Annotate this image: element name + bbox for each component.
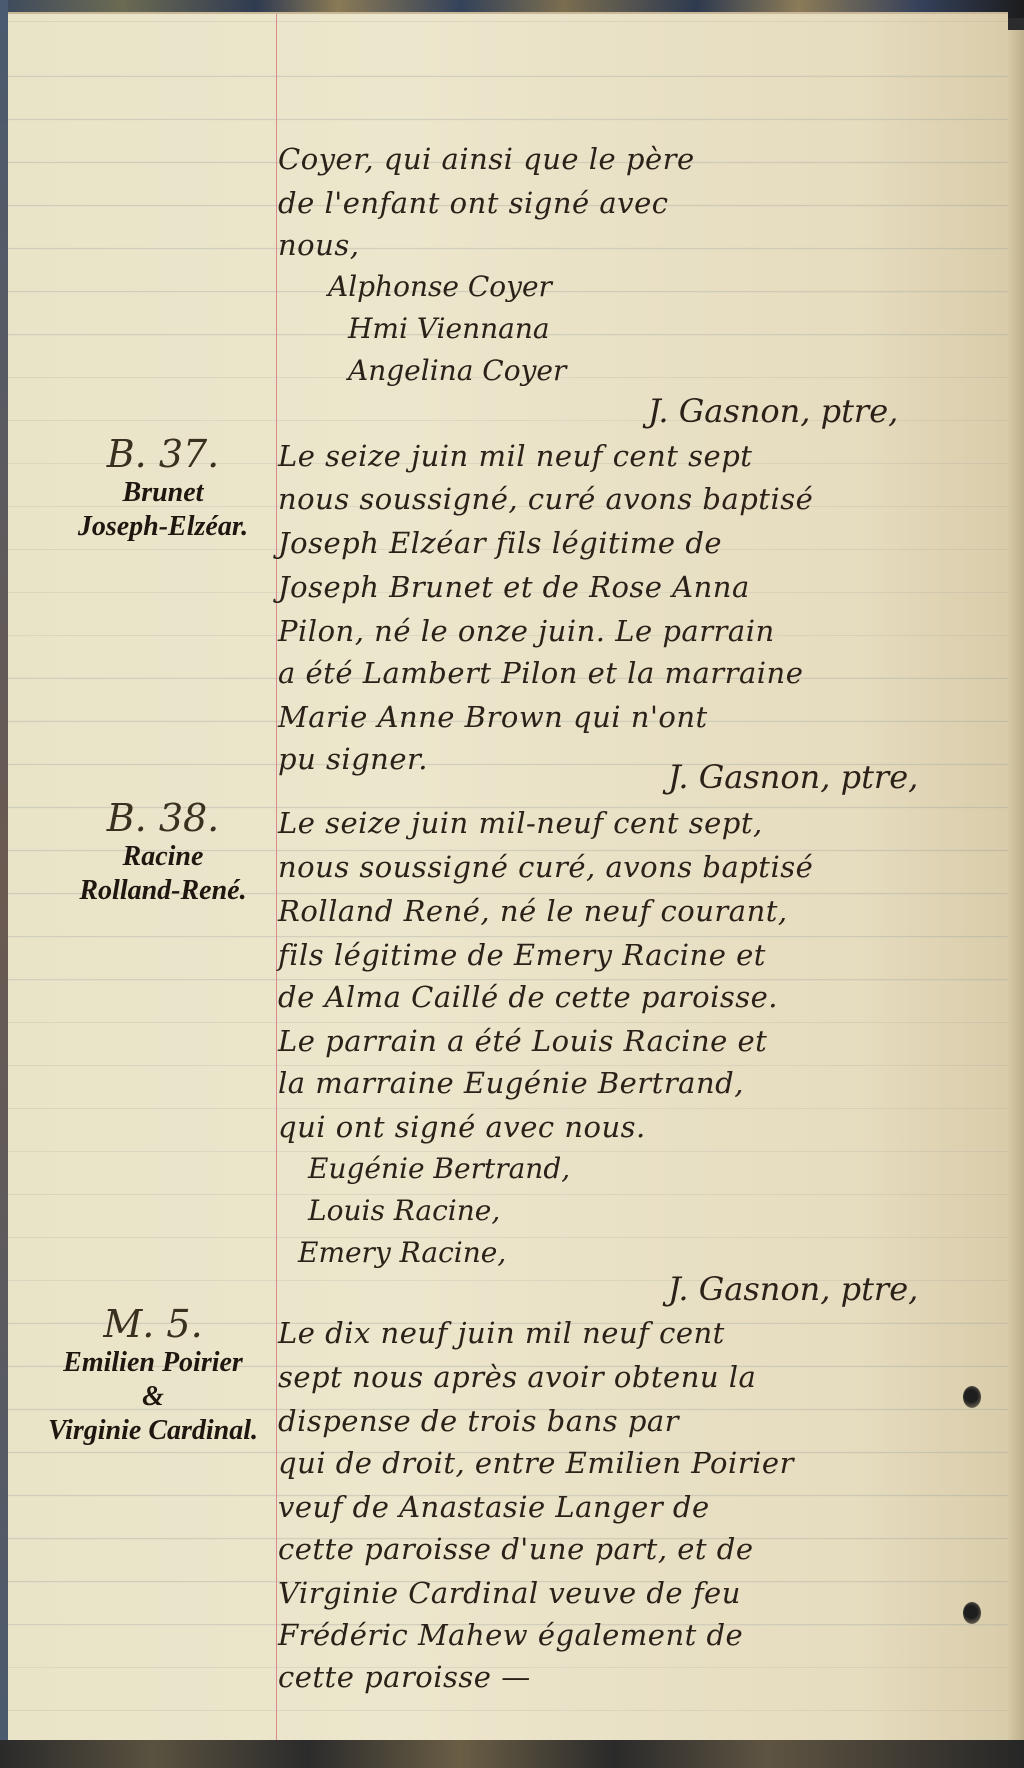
priest-signature: J. Gasnon, ptre, — [648, 392, 898, 430]
entry-given-name: Rolland-René. — [48, 874, 278, 908]
entry-line: veuf de Anastasie Langer de — [278, 1490, 710, 1524]
entry-margin-b38: B. 38. Racine Rolland-René. — [48, 796, 278, 908]
entry-line: qui de droit, entre Emilien Poirier — [278, 1446, 794, 1480]
entry-line: qui ont signé avec nous. — [278, 1110, 646, 1144]
entry-line: la marraine Eugénie Bertrand, — [278, 1066, 744, 1100]
continuation-line: Coyer, qui ainsi que le père — [278, 142, 695, 176]
groom-name: Emilien Poirier — [28, 1346, 278, 1380]
book-cover-left-edge — [0, 0, 8, 1768]
page-stack-edge — [1008, 30, 1024, 1740]
entry-line: Rolland René, né le neuf courant, — [278, 894, 788, 928]
entry-line: pu signer. — [278, 742, 428, 776]
entry-number: B. 38. — [48, 796, 278, 840]
entry-line: Pilon, né le onze juin. Le parrain — [278, 614, 775, 648]
entry-line: nous soussigné, curé avons baptisé — [278, 482, 813, 516]
entry-surname: Racine — [48, 840, 278, 874]
entry-line: fils légitime de Emery Racine et — [278, 938, 766, 972]
entry-line: cette paroisse d'une part, et de — [278, 1532, 754, 1566]
entry-line: Joseph Brunet et de Rose Anna — [278, 570, 750, 604]
continuation-line: nous, — [278, 228, 359, 262]
signature: Angelina Coyer — [348, 354, 566, 387]
entry-line: Frédéric Mahew également de — [278, 1618, 743, 1652]
entry-line: nous soussigné curé, avons baptisé — [278, 850, 813, 884]
entry-line: a été Lambert Pilon et la marraine — [278, 656, 803, 690]
entry-line: Joseph Elzéar fils légitime de — [278, 526, 722, 560]
signature: Alphonse Coyer — [328, 270, 552, 303]
register-page: Coyer, qui ainsi que le père de l'enfant… — [8, 12, 1008, 1746]
entry-line: sept nous après avoir obtenu la — [278, 1360, 756, 1394]
entry-line: Le dix neuf juin mil neuf cent — [278, 1316, 725, 1350]
entry-line: de Alma Caillé de cette paroisse. — [278, 980, 778, 1014]
entry-line: cette paroisse — — [278, 1660, 531, 1694]
ampersand: & — [28, 1380, 278, 1414]
entry-line: Le seize juin mil neuf cent sept — [278, 439, 752, 473]
entry-line: Le seize juin mil-neuf cent sept, — [278, 806, 763, 840]
priest-signature: J. Gasnon, ptre, — [668, 758, 918, 796]
entry-given-name: Joseph-Elzéar. — [48, 510, 278, 544]
punch-hole — [963, 1602, 981, 1624]
entry-margin-m5: M. 5. Emilien Poirier & Virginie Cardina… — [28, 1302, 278, 1448]
bride-name: Virginie Cardinal. — [28, 1414, 278, 1448]
punch-hole — [963, 1386, 981, 1408]
book-cover-bottom-edge — [0, 1740, 1024, 1768]
entry-margin-b37: B. 37. Brunet Joseph-Elzéar. — [48, 432, 278, 544]
priest-signature: J. Gasnon, ptre, — [668, 1270, 918, 1308]
signature: Louis Racine, — [308, 1194, 500, 1227]
continuation-line: de l'enfant ont signé avec — [278, 186, 668, 220]
entry-line: Virginie Cardinal veuve de feu — [278, 1576, 741, 1610]
entry-number: M. 5. — [28, 1302, 278, 1346]
entry-line: dispense de trois bans par — [278, 1404, 679, 1438]
entry-surname: Brunet — [48, 476, 278, 510]
entry-number: B. 37. — [48, 432, 278, 476]
signature: Emery Racine, — [298, 1236, 506, 1269]
entry-line: Le parrain a été Louis Racine et — [278, 1024, 767, 1058]
entry-line: Marie Anne Brown qui n'ont — [278, 700, 708, 734]
signature: Hmi Viennana — [348, 312, 550, 345]
signature: Eugénie Bertrand, — [308, 1152, 570, 1185]
